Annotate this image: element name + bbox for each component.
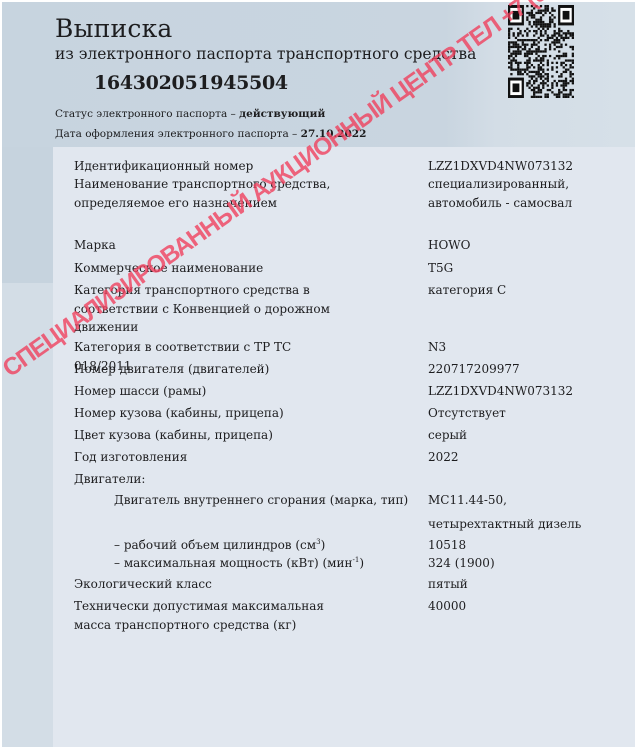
row-label: Марка [74, 236, 344, 255]
status-label: Статус электронного паспорта – [55, 108, 239, 120]
qr-code-icon [508, 5, 574, 98]
vehicle-data-table: Идентификационный номер LZZ1DXVD4NW07313… [74, 157, 614, 637]
row-value-line: четырехтактный дизель [428, 515, 608, 534]
passport-status: Статус электронного паспорта – действующ… [55, 108, 325, 120]
label-end: ) [359, 556, 364, 570]
row-label: – рабочий объем цилиндров (см3) [114, 536, 434, 555]
left-strip [2, 147, 53, 283]
table-row: Технически допустимая максимальная масса… [74, 597, 614, 637]
label-end: ) [321, 538, 326, 552]
row-value-line: MC11.44-50, [428, 491, 608, 515]
table-row: Номер кузова (кабины, прицепа) Отсутству… [74, 404, 614, 426]
table-row: Номер шасси (рамы) LZZ1DXVD4NW073132 [74, 382, 614, 404]
left-strip-lower [2, 283, 53, 747]
date-label: Дата оформления электронного паспорта – [55, 128, 301, 140]
label-text: – максимальная мощность (кВт) (мин [114, 556, 353, 570]
row-value: серый [428, 426, 608, 445]
table-row: Марка HOWO [74, 236, 614, 259]
row-value: категория С [428, 281, 608, 300]
row-value: Отсутствует [428, 404, 608, 423]
row-label: Идентификационный номер [74, 157, 344, 176]
table-row: Категория транспортного средства в соотв… [74, 281, 614, 338]
row-value: 10518 [428, 536, 608, 555]
row-value: HOWO [428, 236, 608, 255]
row-value: LZZ1DXVD4NW073132 [428, 157, 608, 176]
row-value: 2022 [428, 448, 608, 467]
passport-number: 164302051945504 [94, 72, 288, 94]
row-label: Категория транспортного средства в соотв… [74, 281, 344, 337]
row-value: N3 [428, 338, 608, 357]
table-row: Двигатели: [74, 470, 614, 491]
table-row: Год изготовления 2022 [74, 448, 614, 470]
row-value: 324 (1900) [428, 554, 608, 573]
status-value: действующий [239, 108, 325, 120]
date-value: 27.10.2022 [301, 128, 367, 140]
row-value: 40000 [428, 597, 608, 616]
row-label: Экологический класс [74, 575, 344, 594]
row-value: T5G [428, 259, 608, 278]
row-label: Номер шасси (рамы) [74, 382, 344, 401]
row-value: MC11.44-50, четырехтактный дизель [428, 491, 608, 534]
table-row: Экологический класс пятый [74, 575, 614, 597]
row-value: 220717209977 [428, 360, 608, 379]
table-row: Наименование транспортного средства, опр… [74, 175, 614, 236]
table-row: Двигатель внутреннего сгорания (марка, т… [74, 491, 614, 536]
table-row: Идентификационный номер LZZ1DXVD4NW07313… [74, 157, 614, 175]
row-label: Технически допустимая максимальная масса… [74, 597, 344, 634]
row-label: Цвет кузова (кабины, прицепа) [74, 426, 344, 445]
document-title: Выписка [55, 14, 173, 43]
table-row: Категория в соответствии с ТР ТС 018/201… [74, 338, 614, 360]
table-row: Цвет кузова (кабины, прицепа) серый [74, 426, 614, 448]
table-row: – максимальная мощность (кВт) (мин-1) 32… [74, 554, 614, 575]
document-subtitle: из электронного паспорта транспортного с… [55, 45, 476, 63]
row-value: LZZ1DXVD4NW073132 [428, 382, 608, 401]
row-label: Наименование транспортного средства, опр… [74, 175, 344, 212]
row-label: Год изготовления [74, 448, 344, 467]
table-row: Номер двигателя (двигателей) 22071720997… [74, 360, 614, 382]
row-label: Коммерческое наименование [74, 259, 344, 278]
table-row: – рабочий объем цилиндров (см3) 10518 [74, 536, 614, 554]
row-value: пятый [428, 575, 608, 594]
row-label: – максимальная мощность (кВт) (мин-1) [114, 554, 434, 573]
table-row: Коммерческое наименование T5G [74, 259, 614, 281]
label-text: – рабочий объем цилиндров (см [114, 538, 316, 552]
row-label: Двигатель внутреннего сгорания (марка, т… [114, 491, 444, 510]
row-label: Номер двигателя (двигателей) [74, 360, 344, 379]
row-label: Номер кузова (кабины, прицепа) [74, 404, 344, 423]
row-value: специализированный, автомобиль - самосва… [428, 175, 608, 212]
row-label: Двигатели: [74, 470, 344, 489]
issue-date: Дата оформления электронного паспорта – … [55, 128, 366, 140]
